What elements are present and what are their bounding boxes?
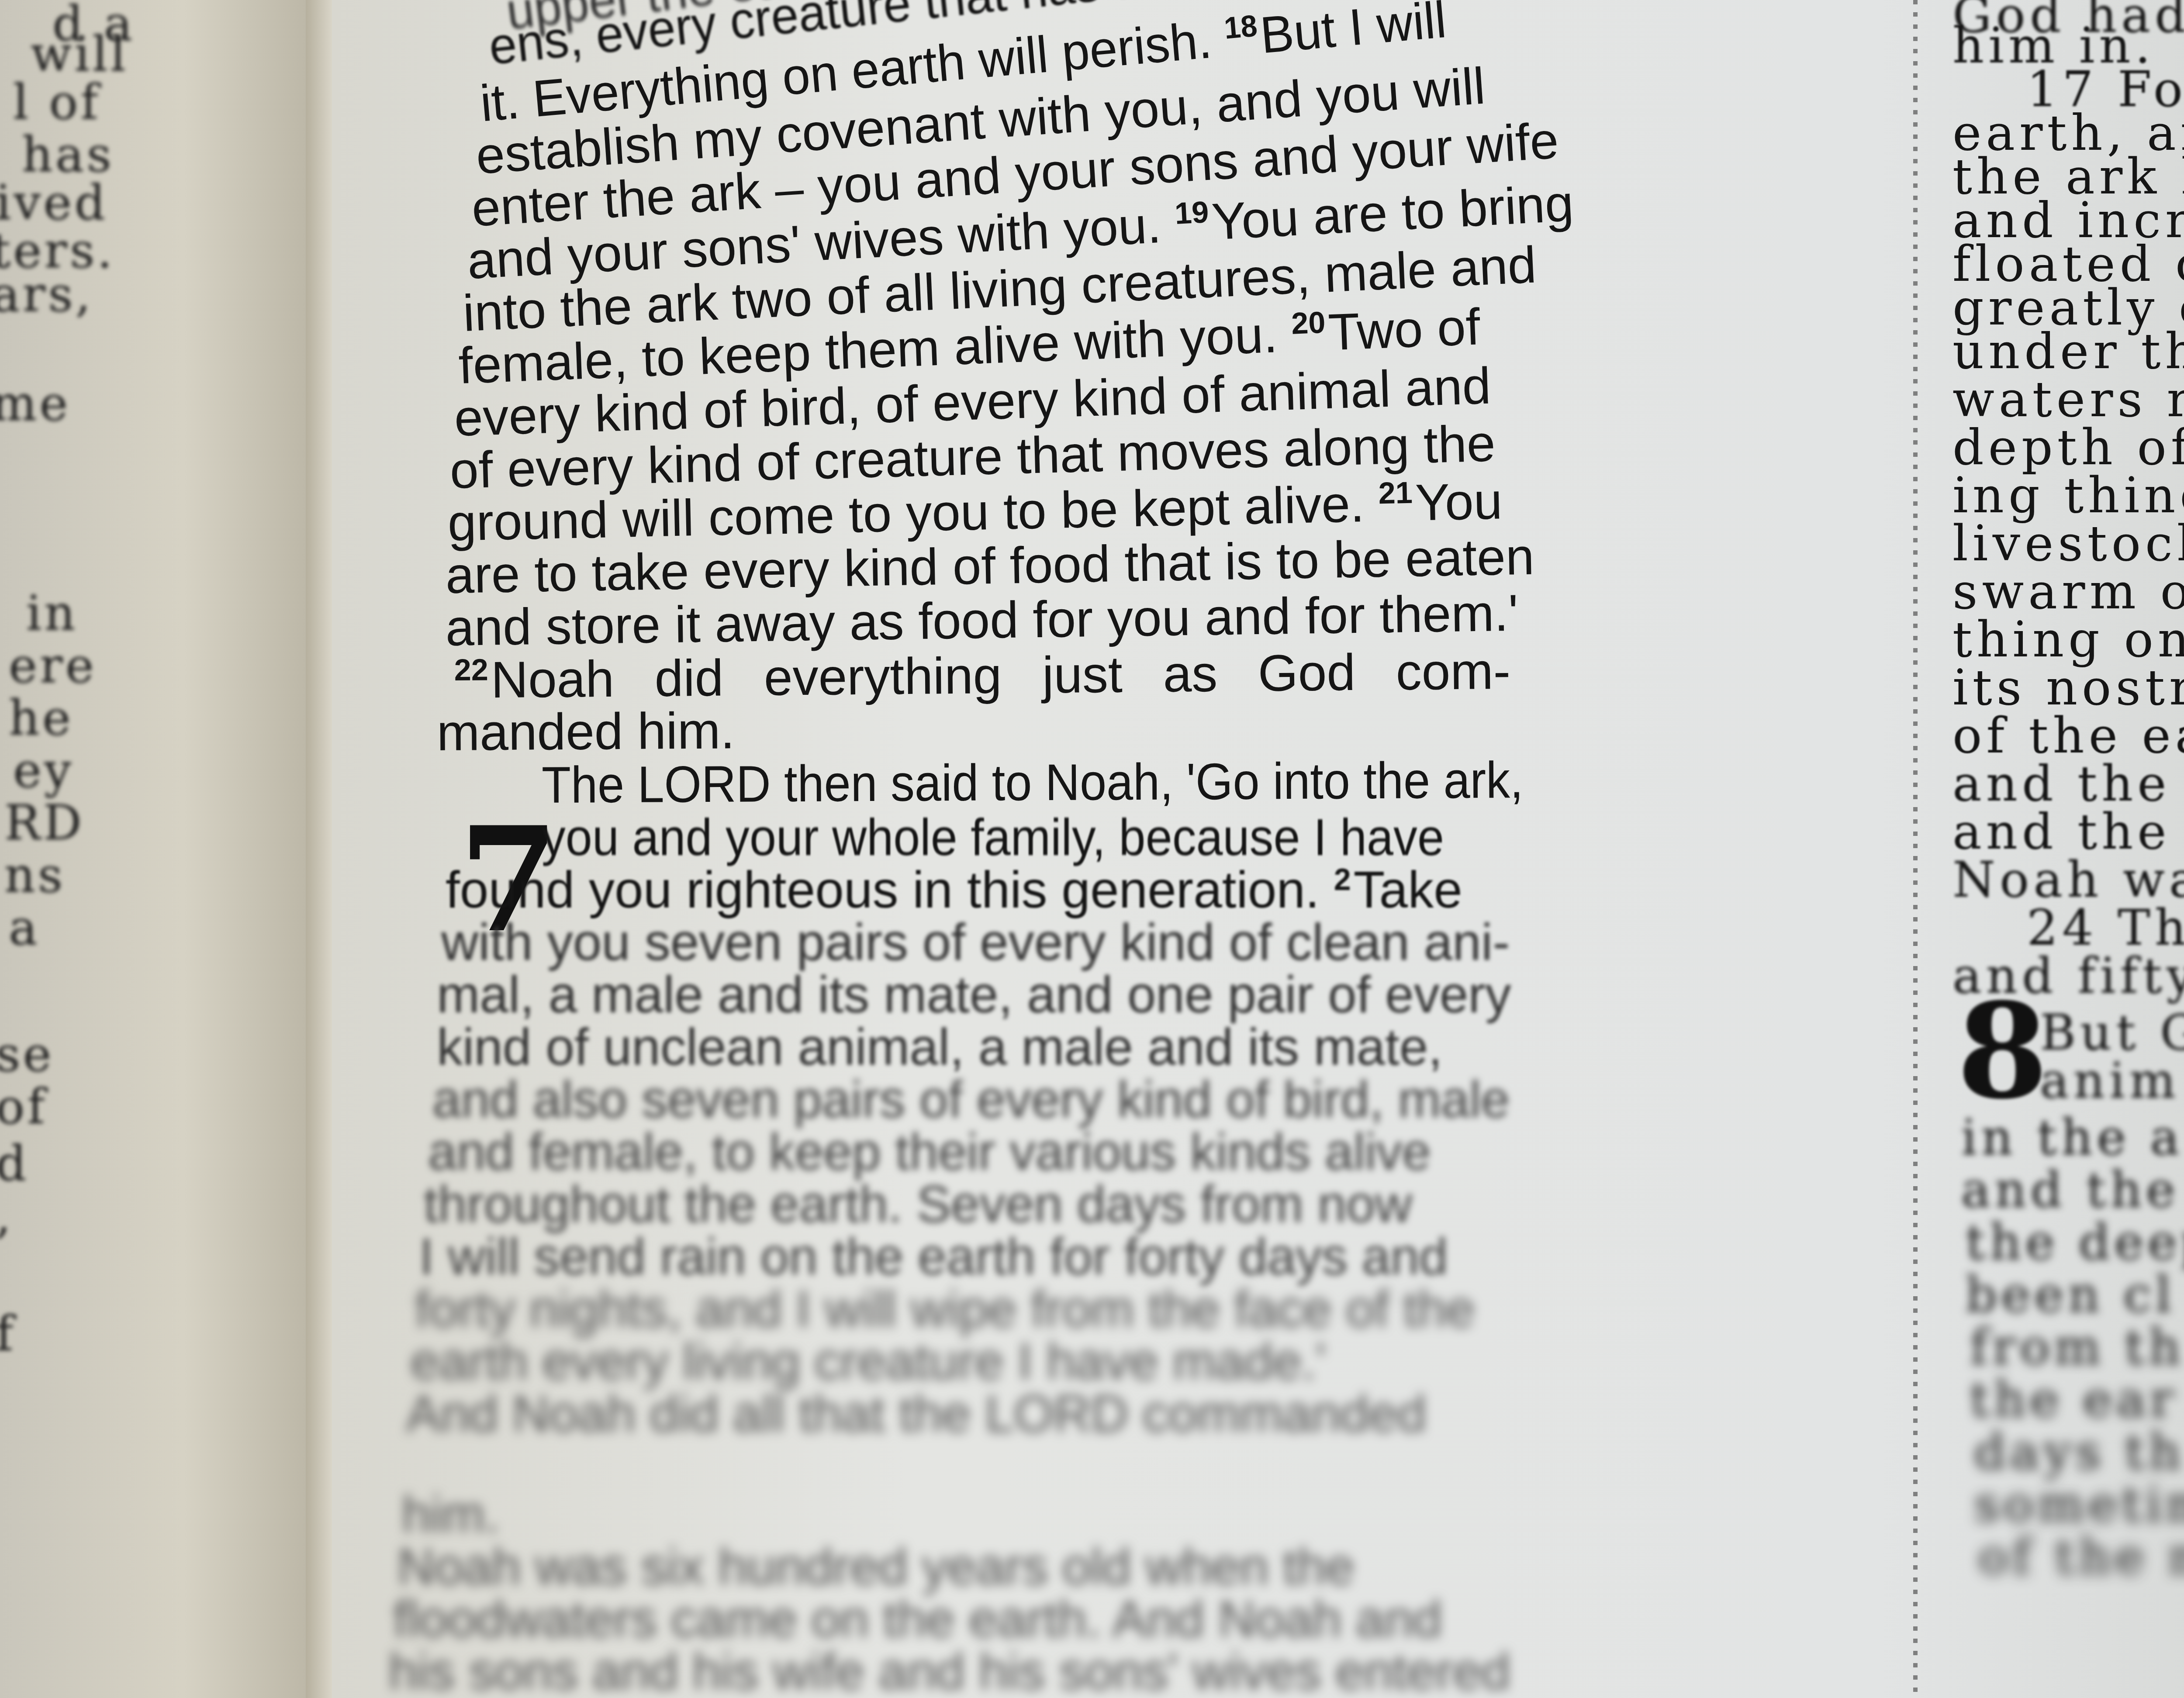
left-fragment: ere (9, 638, 97, 694)
text-line: his sons and his wife and his sons' wive… (389, 1642, 1804, 1698)
left-fragment: l of (13, 74, 101, 130)
text-line: the deep (1966, 1214, 2184, 1271)
text-line: And Noah did all that the LORD commanded (406, 1384, 1821, 1444)
text-line: him. (402, 1485, 1817, 1544)
text-line: and the (1961, 1162, 2180, 1218)
text-line: mal, a male and its mate, and one pair o… (437, 965, 1852, 1025)
verse-number: 18 (1223, 8, 1258, 45)
text-line: Noah was six hundred years old when the (397, 1537, 1813, 1597)
text-line: floodwaters came on the earth. And Noah … (393, 1590, 1808, 1649)
text-line: you and your whole family, because I hav… (542, 808, 1858, 867)
text-line: from th (1970, 1319, 2184, 1376)
text-line: sometim (1974, 1476, 2184, 1533)
left-fragment: f (0, 1306, 16, 1362)
left-page: d a will l of has ived ters. ars, me in … (0, 0, 306, 1698)
left-fragment: RD (4, 795, 84, 851)
text-line: with you seven pairs of every kind of cl… (441, 913, 1856, 972)
text-line: and female, to keep their various kinds … (428, 1122, 1843, 1182)
text-line: and also seven pairs of every kind of bi… (432, 1070, 1848, 1129)
text-line: found you righteous in this generation. … (446, 860, 1861, 920)
text-line: I will send rain on the earth for forty … (419, 1227, 1835, 1287)
chapter-8-number: 8 (1957, 974, 2048, 1128)
left-fragment: ived (0, 175, 108, 231)
text-line: days th (1974, 1424, 2184, 1481)
left-fragment: , (0, 1188, 14, 1244)
left-fragment: has (22, 127, 114, 183)
left-fragment: ars, (0, 266, 93, 322)
column-divider (1913, 0, 1918, 1698)
left-fragment: of (0, 1079, 48, 1135)
text-line: throughout the earth. Seven days from no… (424, 1175, 1839, 1234)
verse-number: 21 (1378, 475, 1413, 510)
left-fragment: in (26, 585, 78, 641)
text-line: of the m (1979, 1529, 2184, 1585)
left-fragment: he (9, 690, 73, 746)
text-line: been cl (1966, 1267, 2176, 1323)
text-line: in the a (1961, 1109, 2184, 1166)
text-line: kind of unclean animal, a male and its m… (437, 1018, 1852, 1077)
text-line: anim (2040, 1053, 2180, 1109)
text-line: The LORD then said to Noah, 'Go into the… (542, 749, 1858, 815)
book-gutter (306, 0, 332, 1698)
right-text-column: God had co him in. 17 For for earth, and… (1952, 0, 2184, 1698)
verse-number: 22 (454, 652, 488, 687)
verse-number: 2 (1334, 863, 1351, 897)
text-line: the ear (1970, 1371, 2178, 1428)
left-fragment: ns (4, 847, 65, 903)
left-fragment: me (0, 376, 70, 431)
text-line: forty nights, and I will wipe from the f… (415, 1280, 1830, 1339)
left-fragment: a (9, 900, 40, 956)
verse-number: 19 (1174, 195, 1209, 231)
left-fragment: d (0, 1135, 29, 1191)
text-line: earth every living creature I have made.… (411, 1332, 1826, 1391)
left-fragment: ey (13, 742, 74, 798)
left-fragment: se (0, 1026, 54, 1082)
left-fragment: will (31, 26, 128, 82)
verse-number: 20 (1291, 305, 1326, 340)
center-text-column: upper the earth to destroy all life unde… (472, 0, 1887, 1698)
